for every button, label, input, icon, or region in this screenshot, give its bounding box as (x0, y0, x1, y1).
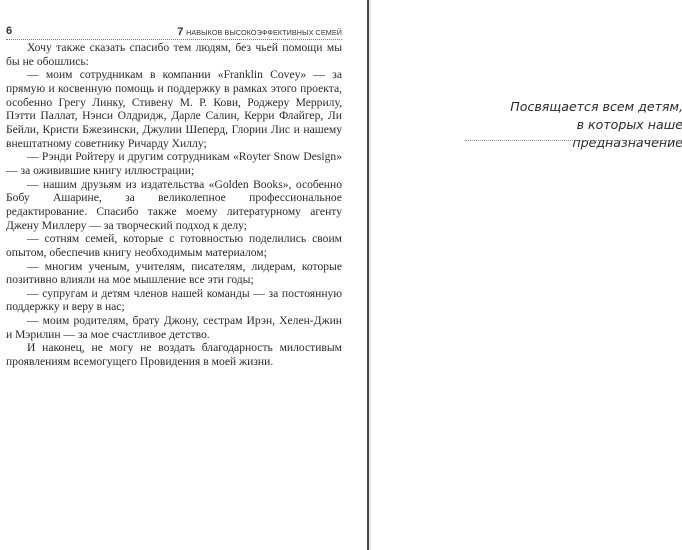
running-head-title: 7 навыков высокоэффективных семей (177, 26, 342, 38)
paragraph: — супругам и детям членов нашей команды … (6, 287, 342, 314)
running-head: 6 7 навыков высокоэффективных семей (6, 25, 342, 39)
paragraph: — моим родителям, брату Джону, сестрам И… (6, 314, 342, 341)
acknowledgements-text: Хочу также сказать спасибо тем людям, бе… (6, 41, 342, 369)
paragraph: И наконец, не могу не воздать благодарно… (6, 341, 342, 368)
paragraph: — нашим друзьям из издательства «Golden … (6, 178, 342, 233)
page-number: 6 (6, 25, 12, 37)
running-head-text: навыков высокоэффективных семей (186, 28, 342, 37)
dedication-dotted-rule (465, 140, 681, 141)
header-dotted-rule (6, 39, 342, 40)
right-page: Посвящается всем детям, в которых наше п… (369, 0, 682, 550)
dedication: Посвящается всем детям, в которых наше п… (465, 98, 682, 152)
dedication-line-1: Посвящается всем детям, (465, 98, 682, 116)
paragraph: — моим сотрудникам в компании «Franklin … (6, 68, 342, 150)
left-page: 6 7 навыков высокоэффективных семей Хочу… (0, 0, 368, 550)
paragraph: — многим ученым, учителям, писателям, ли… (6, 260, 342, 287)
paragraph: — Рэнди Ройтеру и другим сотрудникам «Ro… (6, 150, 342, 177)
dedication-line-2: в которых наше предназначение (465, 116, 682, 152)
running-head-number: 7 (177, 26, 183, 38)
paragraph: — сотням семей, которые с готовностью по… (6, 232, 342, 259)
paragraph: Хочу также сказать спасибо тем людям, бе… (6, 41, 342, 68)
